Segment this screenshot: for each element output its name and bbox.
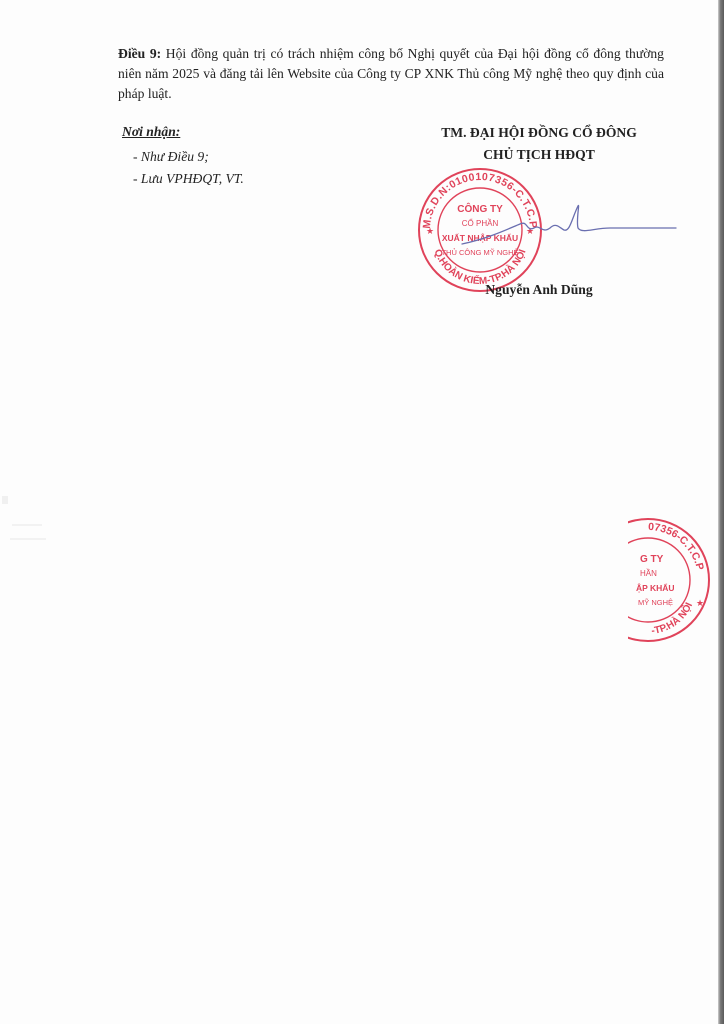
svg-text:★: ★ [426, 226, 434, 236]
article-text: Hội đồng quản trị có trách nhiệm công bố… [118, 46, 664, 101]
svg-text:★: ★ [696, 598, 704, 608]
partial-seal-line: MỸ NGHỆ [638, 598, 673, 607]
partial-seal-line: ẬP KHẨU [636, 582, 675, 593]
recipients-block: Nơi nhận: - Như Điều 9; - Lưu VPHĐQT, VT… [122, 124, 244, 190]
article-9: Điều 9: Hội đồng quản trị có trách nhiệm… [118, 44, 664, 104]
signature-heading-line2: CHỦ TỊCH HĐQT [400, 144, 678, 166]
article-label: Điều 9: [118, 46, 161, 61]
document-page: Điều 9: Hội đồng quản trị có trách nhiệm… [0, 0, 724, 1024]
partial-seal-line: G TY [640, 554, 664, 565]
partial-seal-line: HẦN [640, 568, 657, 578]
scan-artifact [0, 460, 50, 560]
recipients-title: Nơi nhận: [122, 124, 244, 140]
handwritten-signature [460, 198, 680, 253]
signature-heading-line1: TM. ĐẠI HỘI ĐỒNG CỔ ĐÔNG [400, 122, 678, 144]
page-edge-shadow [718, 0, 724, 1024]
signature-heading: TM. ĐẠI HỘI ĐỒNG CỔ ĐÔNG CHỦ TỊCH HĐQT [400, 122, 678, 166]
recipient-item: - Như Điều 9; [133, 146, 244, 168]
recipient-item: - Lưu VPHĐQT, VT. [133, 168, 244, 190]
partial-seal: 07356-C.T.C.P -TP.HÀ NỘI ★ G TY HẦN ẬP K… [628, 516, 718, 644]
signer-name: Nguyễn Anh Dũng [400, 282, 678, 298]
